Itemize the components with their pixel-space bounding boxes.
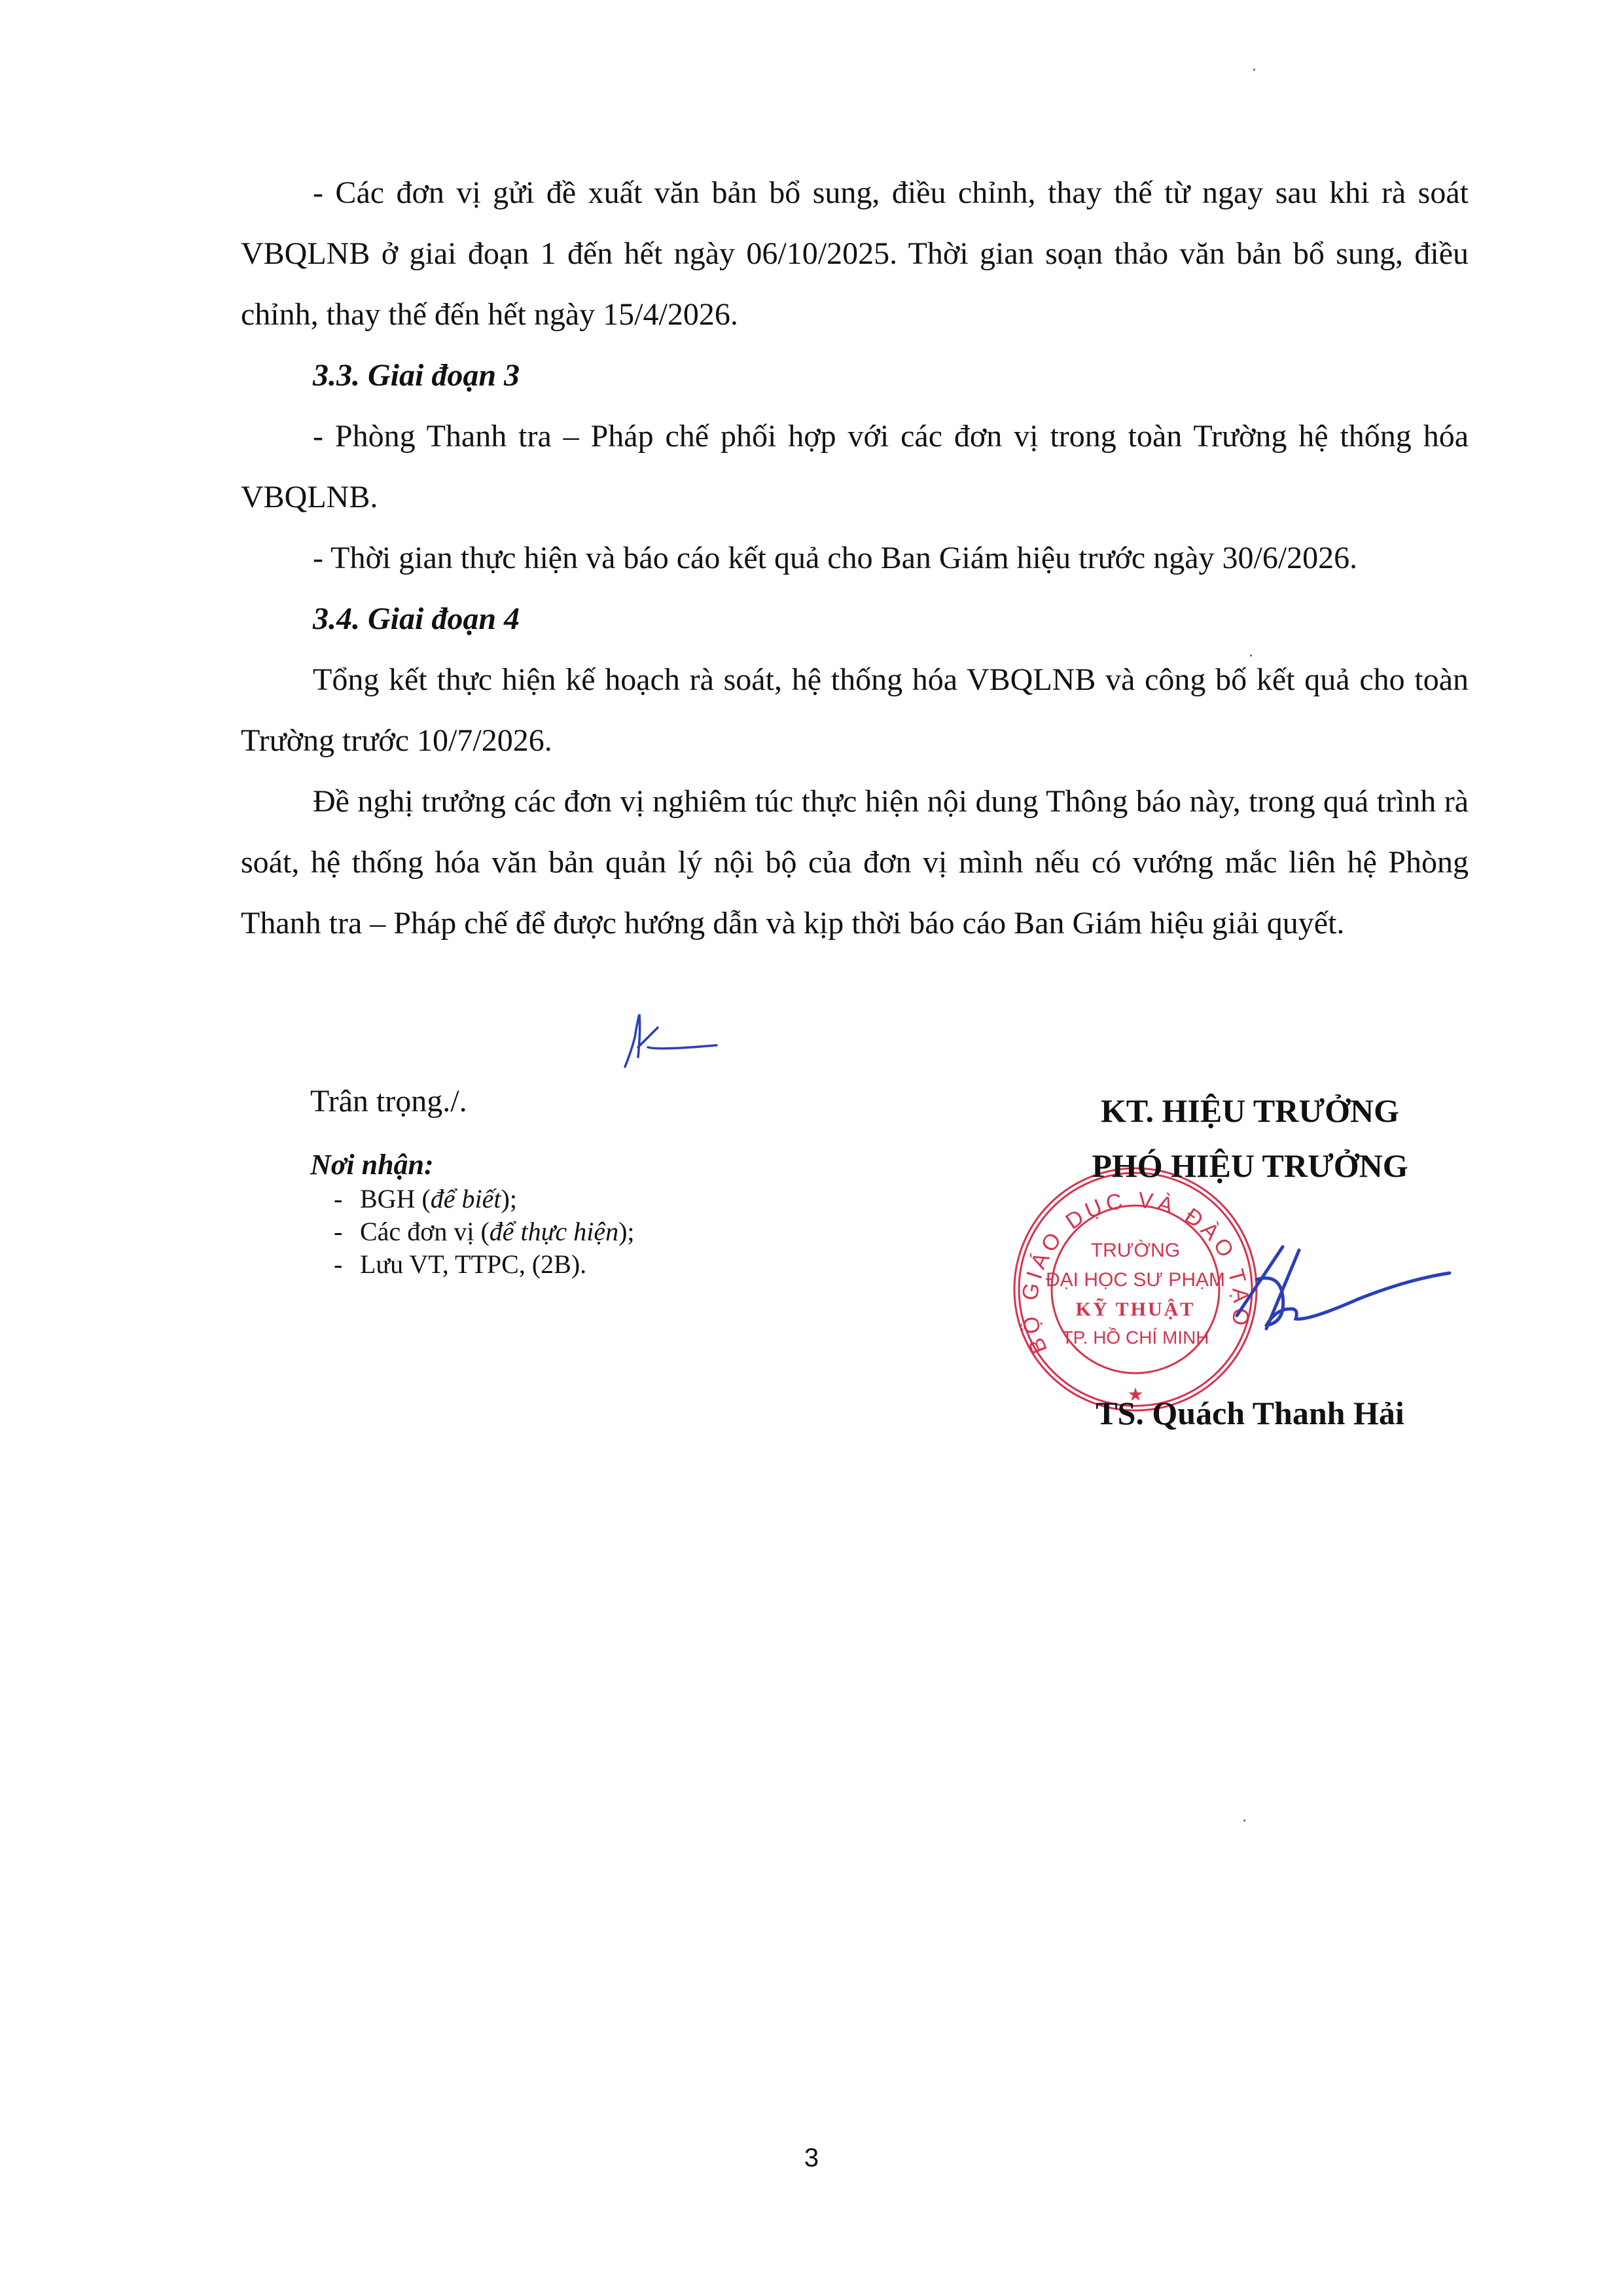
scan-speck — [1250, 655, 1252, 656]
recipients-list: BGH (để biết);Các đơn vị (để thực hiện);… — [334, 1183, 635, 1281]
initials-mark-icon — [618, 1011, 723, 1070]
svg-text:TP. HỒ CHÍ MINH: TP. HỒ CHÍ MINH — [1061, 1327, 1209, 1348]
scan-speck — [1253, 69, 1255, 71]
scan-speck — [1243, 1820, 1245, 1821]
section-heading: 3.4. Giai đoạn 4 — [241, 588, 1469, 649]
signatory-title: KT. HIỆU TRƯỞNG — [1021, 1083, 1479, 1138]
body-paragraph: - Phòng Thanh tra – Pháp chế phối hợp vớ… — [241, 406, 1469, 528]
document-body: - Các đơn vị gửi đề xuất văn bản bổ sung… — [241, 162, 1469, 954]
svg-text:ĐẠI HỌC SƯ PHẠM: ĐẠI HỌC SƯ PHẠM — [1046, 1269, 1225, 1291]
svg-text:KỸ THUẬT: KỸ THUẬT — [1076, 1298, 1196, 1320]
body-paragraph: Tổng kết thực hiện kế hoạch rà soát, hệ … — [241, 649, 1469, 771]
recipient-item: Các đơn vị (để thực hiện); — [334, 1215, 635, 1248]
body-paragraph: - Các đơn vị gửi đề xuất văn bản bổ sung… — [241, 162, 1469, 345]
body-paragraph: - Thời gian thực hiện và báo cáo kết quả… — [241, 528, 1469, 588]
recipients-block: Nơi nhận: BGH (để biết);Các đơn vị (để t… — [310, 1149, 635, 1281]
signatory-name: TS. Quách Thanh Hải — [1021, 1394, 1479, 1432]
recipient-item: BGH (để biết); — [334, 1183, 635, 1215]
section-heading: 3.3. Giai đoạn 3 — [241, 345, 1469, 406]
closing-phrase: Trân trọng./. — [310, 1083, 467, 1119]
page-number: 3 — [0, 2144, 1623, 2173]
body-paragraph: Đề nghị trưởng các đơn vị nghiêm túc thự… — [241, 771, 1469, 954]
recipients-title: Nơi nhận: — [310, 1149, 635, 1181]
recipient-item: Lưu VT, TTPC, (2B). — [334, 1248, 635, 1281]
svg-text:TRƯỜNG: TRƯỜNG — [1091, 1240, 1180, 1261]
signatory-position: PHÓ HIỆU TRƯỞNG — [1021, 1138, 1479, 1193]
document-page: - Các đơn vị gửi đề xuất văn bản bổ sung… — [0, 0, 1623, 2296]
handwritten-signature-icon — [1217, 1244, 1459, 1348]
signature-block: KT. HIỆU TRƯỞNG PHÓ HIỆU TRƯỞNG — [1021, 1083, 1479, 1193]
